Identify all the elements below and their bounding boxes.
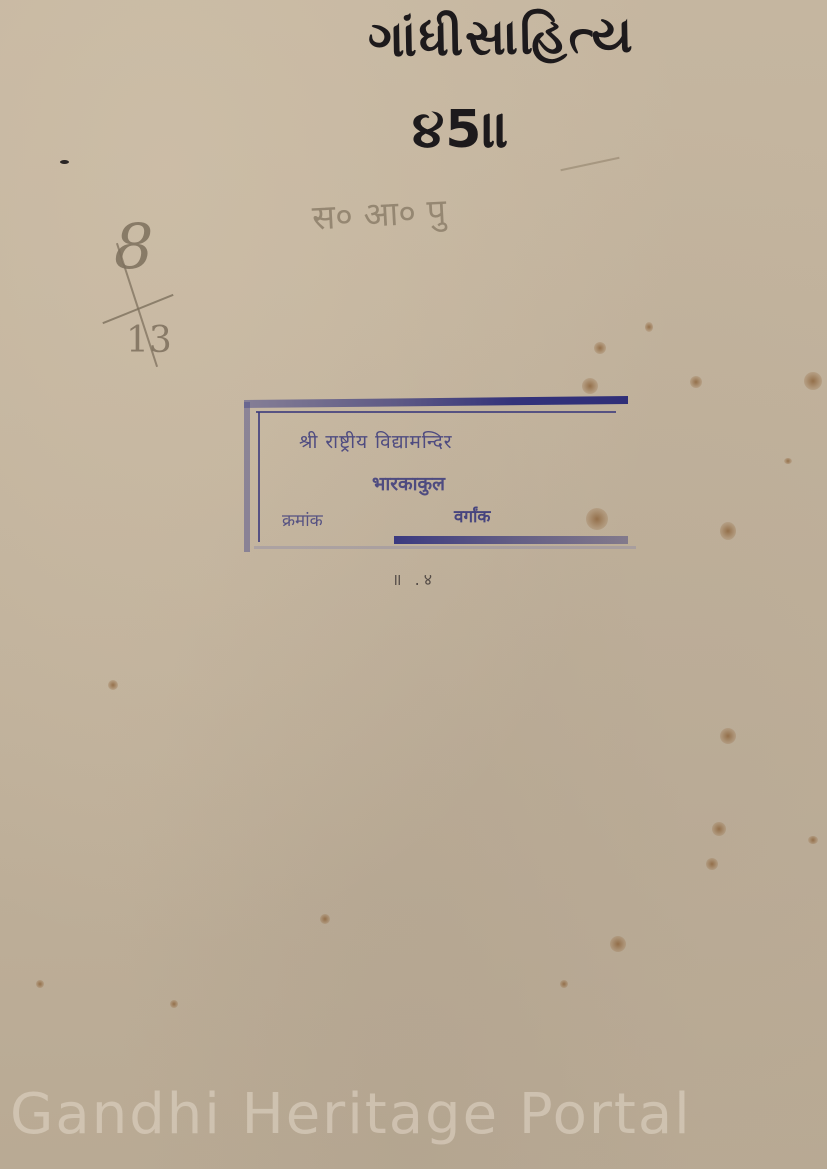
foxing-spot [712,822,726,836]
foxing-spot [108,680,118,690]
stamp-location: भारकाकुल [372,470,445,496]
foxing-spot [586,508,608,530]
stamp-border-top [244,396,628,408]
foxing-spot [582,378,598,394]
foxing-spot [645,322,653,332]
stamp-border-left [244,402,250,552]
watermark: Gandhi Heritage Portal [10,1082,820,1147]
foxing-spot [784,458,792,464]
stamp-class-label: वर्गांक [454,504,490,527]
foxing-spot [594,342,606,354]
foxing-spot [320,914,330,924]
stamp-border-bottom [254,546,636,549]
fraction-denominator: 13 [126,320,172,361]
handwritten-shelf-number: ૪5॥ [412,100,511,161]
foxing-spot [690,376,702,388]
foxing-spot [808,836,818,844]
stamp-inner-border-top [256,411,616,413]
foxing-spot [804,372,822,390]
pencil-stroke [560,157,619,171]
stamp-serial-label: क्रमांक [282,508,323,531]
foxing-spot [706,858,718,870]
scanned-page: ગાંધીસાહિત્ય ૪5॥ स० आ० पु 8 13 श्री राष्… [0,0,827,1169]
pencil-fraction: 8 13 [100,210,180,380]
pencil-note: स० आ० पु [311,187,447,240]
fraction-numerator: 8 [114,210,153,283]
foxing-spot [610,936,626,952]
stamp-institution-name: श्री राष्ट्रीय विद्यामन्दिर [299,428,453,454]
foxing-spot [560,980,568,988]
foxing-spot [720,522,736,540]
under-stamp-mark: ॥ .४ [392,568,436,590]
foxing-spot [720,728,736,744]
library-stamp: श्री राष्ट्रीय विद्यामन्दिर भारकाकुल क्र… [244,398,628,558]
foxing-spot [36,980,44,988]
ink-dot [60,160,69,164]
stamp-inner-border-bottom [394,536,628,544]
stamp-inner-border-left [258,412,260,542]
foxing-spot [170,1000,178,1008]
handwritten-title: ગાંધીસાહિત્ય [368,6,635,70]
